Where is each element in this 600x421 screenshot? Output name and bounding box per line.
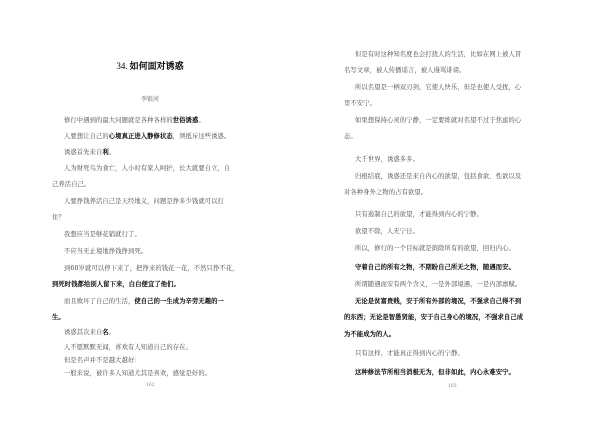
text-run: 而且败坏了自己的生活，	[64, 298, 134, 305]
bold-text: 这种修法节所相当消极无为，但非如此，内心永难安宁。	[355, 369, 515, 376]
author-name: 李银河	[0, 94, 300, 103]
text-line: 生。	[52, 310, 65, 327]
text-run: 一般来说，被许多人知道尤其是喜欢，感觉是好的。	[64, 370, 211, 377]
text-line: 人要挣钱养活自己是天经地义，问题是挣多少钱就可以打	[64, 194, 224, 211]
text-line: 修行中遇到的最大问题就是各种各样的世俗诱惑。	[64, 113, 205, 130]
text-run: 。	[109, 149, 115, 156]
text-run: 对各种身外之物的占有欲望。	[344, 189, 427, 196]
left-page: 34.如何面对诱惑 李银河 修行中遇到的最大问题就是各种各样的世俗诱惑。人要想让…	[0, 0, 300, 421]
bold-text: 守着自己的所有之物，不期盼自己所无之物，随遇而安。	[355, 264, 515, 271]
text-line: 的东西；无论是智愚贤能，安于自己身心的境况，不强求自己成	[344, 310, 523, 327]
text-line: 名写文章，被人传播谣言，被人谩骂诽谤。	[344, 63, 466, 80]
page-number-left: 162	[146, 383, 155, 388]
chapter-title: 34.如何面对诱惑	[0, 59, 300, 72]
page-number-right: 163	[448, 384, 457, 389]
text-run: 。	[198, 117, 204, 124]
text-run: 归根结底，诱惑还是来自内心的欲望，包括食欲、性欲以及	[355, 173, 521, 180]
text-line: 不应当无止境地挣钱挣到死。	[64, 244, 147, 261]
text-run: 欲望不除，人无宁日。	[355, 228, 419, 235]
text-run: 人不愿默默无闻，喜欢有人知道自己的存在。	[64, 344, 192, 351]
text-run: 态。	[344, 133, 357, 140]
text-run: 大千世界，诱惑多多。	[355, 156, 419, 163]
text-line: 诱惑首先来自利。	[64, 145, 115, 162]
text-run: 住？	[52, 214, 65, 221]
text-line: 只有这样，才能真正得到内心的宁静。	[355, 346, 464, 363]
bold-text: 心境真正进入静修状态	[109, 133, 173, 140]
text-run: 所以，修行的一个目标就是摈除所有的欲望，回归内心。	[355, 245, 515, 252]
text-line: 我想应当是够花销就行了。	[64, 227, 141, 244]
text-run: 人要挣钱养活自己是天经地义，问题是挣多少钱就可以打	[64, 198, 224, 205]
text-run: ，须抵斥这些诱惑。	[173, 133, 231, 140]
text-line: 所以名望是一柄双刃剑，它使人快乐，但是也使人受扰，心	[355, 80, 521, 97]
text-line: 对各种身外之物的占有欲望。	[344, 185, 427, 202]
text-line: 大千世界，诱惑多多。	[355, 152, 419, 169]
text-line: 人要想让自己的心境真正进入静修状态，须抵斥这些诱惑。	[64, 129, 230, 146]
text-run: 所谓随遇而安有两个含义，一是外部境遇，一是内部禀赋。	[355, 281, 521, 288]
bold-text: 世俗诱惑	[173, 117, 199, 124]
text-run: 只有遏制自己的欲望，才能得到内心的宁静。	[355, 211, 483, 218]
text-run: 所以名望是一柄双刃剑，它使人快乐，但是也使人受扰，心	[355, 84, 521, 91]
text-line: 这种修法节所相当消极无为，但非如此，内心永难安宁。	[355, 365, 515, 382]
right-page: 但是有时这种知名度也会打扰人的生活，比如在网上被人冒名写文章，被人传播谣言，被人…	[300, 0, 600, 421]
text-line: 而且败坏了自己的生活，使自己的一生成为辛劳无趣的一	[64, 294, 224, 311]
text-run: 。	[109, 329, 115, 336]
bold-text: 到死时钱都给别人留下来，白白便宜了他们。	[52, 281, 180, 288]
text-line: 住？	[52, 210, 65, 227]
text-run: 但是有时这种知名度也会打扰人的生活，比如在网上被人冒	[355, 51, 521, 58]
chapter-title-text: 如何面对诱惑	[130, 62, 184, 72]
text-run: 里不安宁。	[344, 100, 376, 107]
text-line: 为不能成为的人。	[344, 327, 395, 344]
text-run: 己养活自己。	[52, 181, 90, 188]
text-run: 不应当无止境地挣钱挣到死。	[64, 248, 147, 255]
text-line: 人为财死鸟为食亡，人小时有家人呵护，长大就要自立，自	[64, 161, 230, 178]
text-run: 修行中遇到的最大问题就是各种各样的	[64, 117, 173, 124]
bold-text: 为不能成为的人。	[344, 331, 395, 338]
text-run: 只有这样，才能真正得到内心的宁静。	[355, 350, 464, 357]
text-line: 欲望不除，人无宁日。	[355, 224, 419, 241]
bold-text: 生。	[52, 314, 65, 321]
text-line: 所谓随遇而安有两个含义，一是外部境遇，一是内部禀赋。	[355, 277, 521, 294]
text-run: 如果想保持心灵的宁静，一定要练就对名望不过于焦虑的心	[355, 117, 521, 124]
bold-text: 无论是贫富贵贱，安于所有外部的境况，不强求自己得不到	[355, 298, 521, 305]
text-run: 名写文章，被人传播谣言，被人谩骂诽谤。	[344, 67, 466, 74]
text-line: 到60岁就可以停下来了，把挣来的钱花一花，不然只挣不花，	[64, 261, 239, 278]
text-line: 只有遏制自己的欲望，才能得到内心的宁静。	[355, 207, 483, 224]
text-line: 到死时钱都给别人留下来，白白便宜了他们。	[52, 277, 180, 294]
text-run: 但是名声并不是越大越好：	[64, 357, 141, 364]
text-line: 如果想保持心灵的宁静，一定要练就对名望不过于焦虑的心	[355, 113, 521, 130]
bold-text: 使自己的一生成为辛劳无趣的一	[134, 298, 224, 305]
text-line: 一般来说，被许多人知道尤其是喜欢，感觉是好的。	[64, 366, 211, 383]
text-line: 守着自己的所有之物，不期盼自己所无之物，随遇而安。	[355, 260, 515, 277]
text-run: 我想应当是够花销就行了。	[64, 231, 141, 238]
text-line: 态。	[344, 129, 357, 146]
text-line: 里不安宁。	[344, 96, 376, 113]
text-run: 诱惑其次来自	[64, 329, 102, 336]
text-run: 人要想让自己的	[64, 133, 109, 140]
text-line: 但是有时这种知名度也会打扰人的生活，比如在网上被人冒	[355, 47, 521, 64]
text-run: 到60岁就可以停下来了，把挣来的钱花一花，不然只挣不花，	[64, 265, 239, 272]
chapter-number: 34.	[116, 61, 127, 71]
text-run: 诱惑首先来自	[64, 149, 102, 156]
text-run: 人为财死鸟为食亡，人小时有家人呵护，长大就要自立，自	[64, 165, 230, 172]
text-line: 归根结底，诱惑还是来自内心的欲望，包括食欲、性欲以及	[355, 169, 521, 186]
text-line: 己养活自己。	[52, 177, 90, 194]
text-line: 所以，修行的一个目标就是摈除所有的欲望，回归内心。	[355, 241, 515, 258]
text-line: 无论是贫富贵贱，安于所有外部的境况，不强求自己得不到	[355, 294, 521, 311]
bold-text: 的东西；无论是智愚贤能，安于自己身心的境况，不强求自己成	[344, 314, 523, 321]
